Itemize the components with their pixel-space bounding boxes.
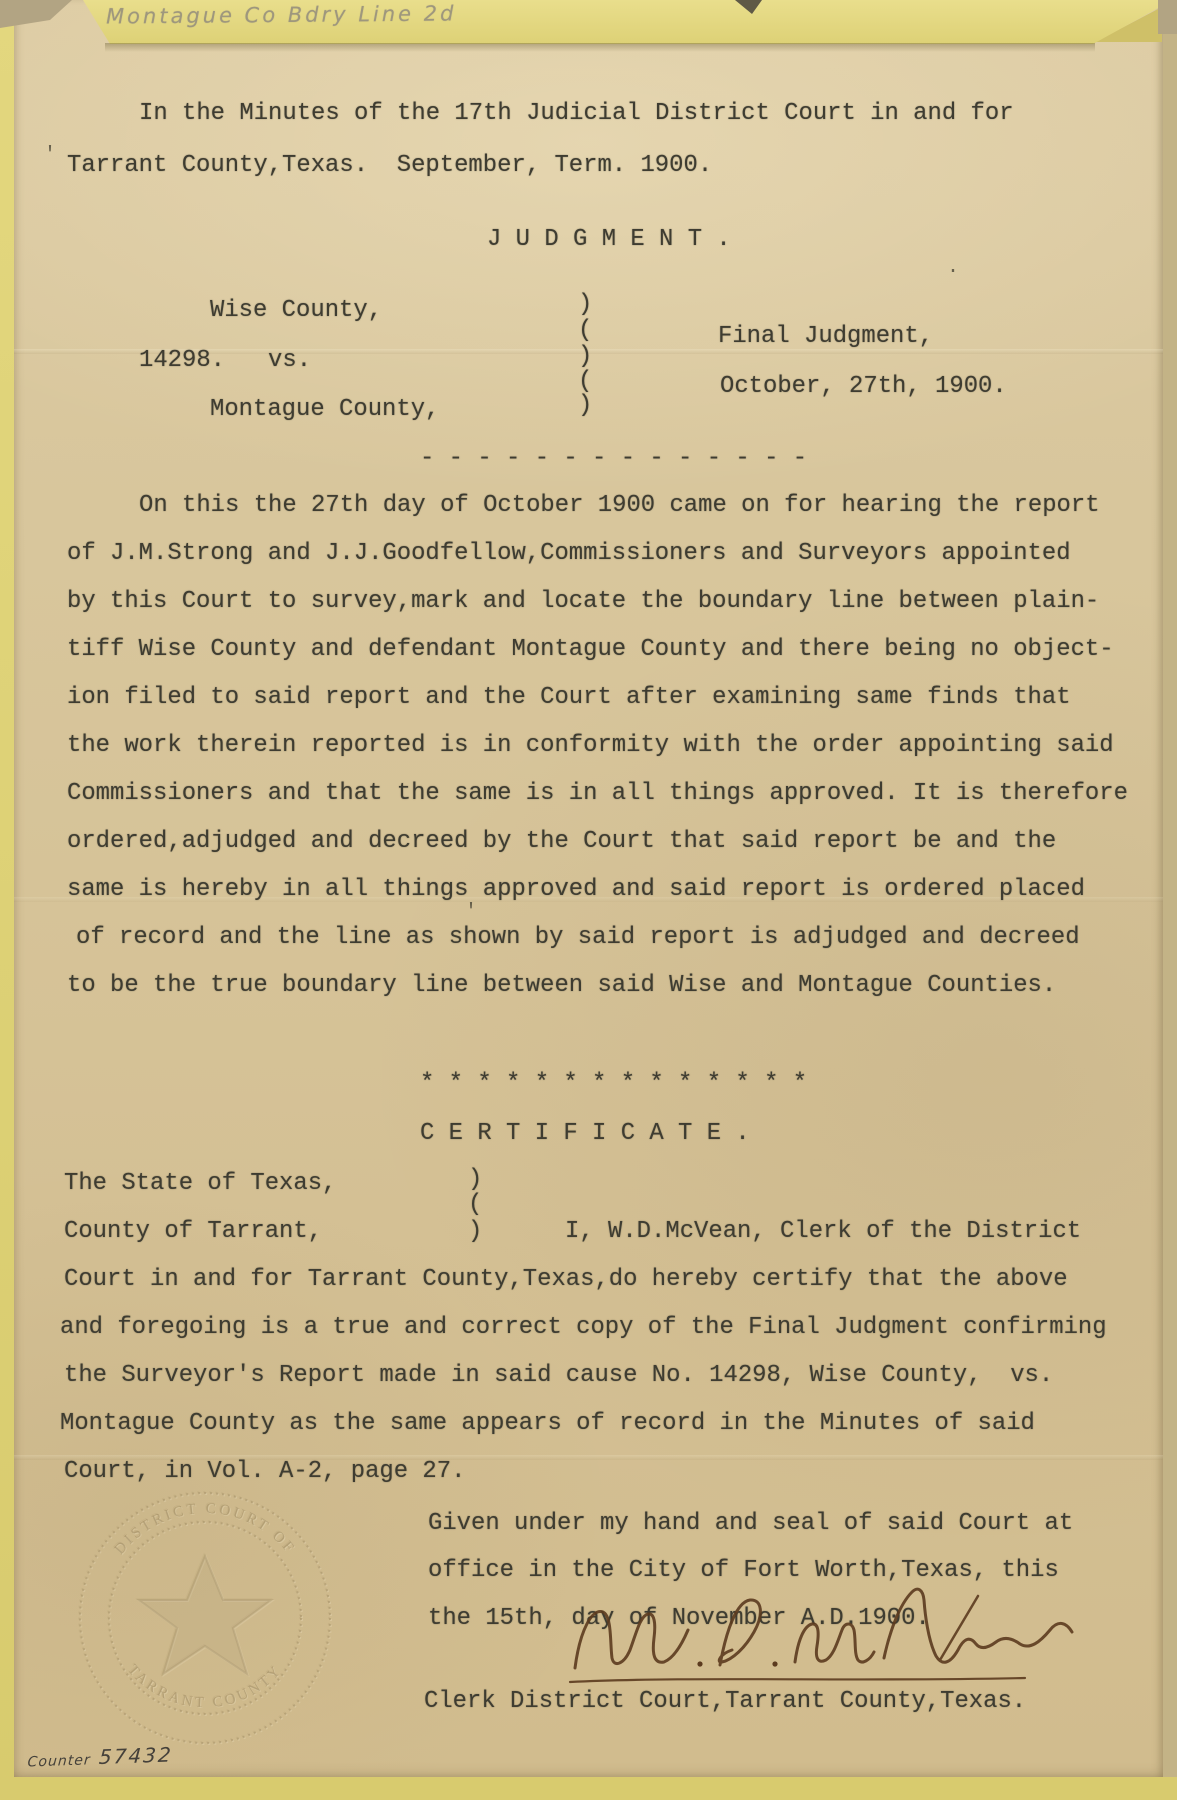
typed-line: ordered,adjudged and decreed by the Cour… [67,829,1056,855]
typed-line: Tarrant County,Texas. September, Term. 1… [67,153,712,179]
counter-word: Counter [27,1752,91,1770]
typed-line: J U D G M E N T . [487,227,731,253]
typed-line: Montague County, [210,397,439,423]
typed-line: ) [578,344,592,370]
typed-line: C E R T I F I C A T E . [420,1121,750,1147]
typed-line: Court in and for Tarrant County,Texas,do… [64,1267,1068,1293]
typed-line: - - - - - - - - - - - - - - [420,446,807,472]
typed-line: the Surveyor's Report made in said cause… [64,1363,1053,1389]
typed-line: The State of Texas, [64,1171,336,1197]
typed-line: I, W.D.McVean, Clerk of the District [565,1219,1081,1245]
folder-right-strip [1163,0,1177,1777]
seal-text-top: DISTRICT COURT OF [112,1501,299,1558]
typed-line: the work therein reported is in conformi… [67,733,1114,759]
embossed-seal: DISTRICT COURT OF TARRANT COUNTY [55,1478,355,1778]
folder-flap-shadow [105,43,1095,52]
typed-line: ( [578,318,592,344]
typed-line: 14298. vs. [139,348,311,374]
typed-line: ( [468,1192,482,1218]
pencil-label-note: Montague Co Bdry Line 2d [106,0,457,29]
scanned-court-document: { "document_type": "scanned typewritten … [0,0,1177,1800]
typed-line: Commissioners and that the same is in al… [67,781,1128,807]
stray-mark: . [947,258,959,278]
svg-text:DISTRICT COURT OF: DISTRICT COURT OF [112,1501,299,1558]
typed-line: same is hereby in all things approved an… [67,877,1085,903]
typed-line: Montague County as the same appears of r… [60,1411,1035,1437]
signature-mc [795,1624,874,1662]
typed-line: ) [468,1167,482,1193]
signature-period [697,1661,702,1666]
typed-line: Wise County, [210,298,382,324]
svg-text:TARRANT COUNTY: TARRANT COUNTY [124,1662,285,1711]
typed-line: On this the 27th day of October 1900 cam… [139,493,1100,519]
typed-line: * * * * * * * * * * * * * * [420,1071,807,1097]
signature-period [772,1661,777,1666]
seal-star-icon [139,1556,271,1674]
typed-line: In the Minutes of the 17th Judicial Dist… [139,101,1014,127]
signature-w [575,1612,688,1668]
typed-line: County of Tarrant, [64,1219,322,1245]
typed-line: tiff Wise County and defendant Montague … [67,637,1114,663]
typed-line: ) [578,292,592,318]
signature-graphic [540,1570,1100,1700]
counter-number: 57432 [98,1742,174,1769]
counter-number-note: Counter57432 [27,1742,174,1771]
typed-line: of J.M.Strong and J.J.Goodfellow,Commiss… [67,541,1071,567]
typed-line: October, 27th, 1900. [720,374,1007,400]
typed-line: ) [578,393,592,419]
signature-vean [884,1589,1072,1662]
typed-line: by this Court to survey,mark and locate … [67,589,1099,615]
signature-d [719,1600,760,1665]
stray-mark: ' [44,146,56,166]
typed-line: ) [468,1219,482,1245]
signature-underline [570,1678,1025,1682]
typed-line: to be the true boundary line between sai… [67,973,1056,999]
seal-text-bottom: TARRANT COUNTY [124,1662,285,1711]
typed-line: ion filed to said report and the Court a… [67,685,1071,711]
typed-line: of record and the line as shown by said … [76,925,1080,951]
typed-line: Final Judgment, [718,324,933,350]
typed-line: and foregoing is a true and correct copy… [60,1315,1107,1341]
typed-line: Court, in Vol. A-2, page 27. [64,1459,465,1485]
typed-line: Given under my hand and seal of said Cou… [428,1511,1073,1537]
stray-mark: ' [465,903,477,923]
corner-top-right [1158,0,1177,34]
